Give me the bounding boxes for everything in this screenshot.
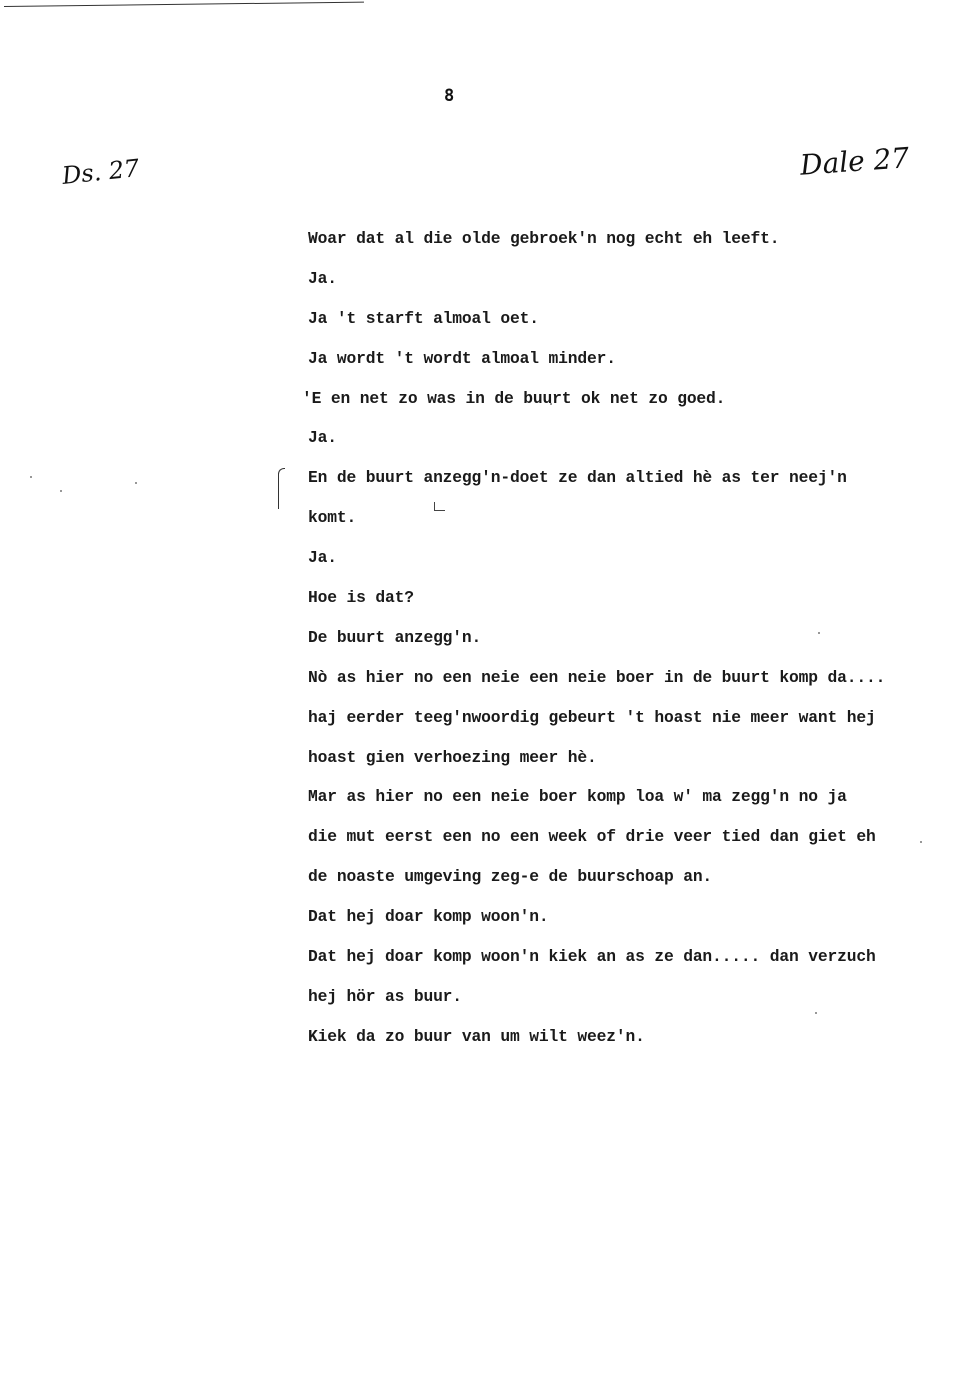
- transcript-line: Dat hej doar komp woon'n.: [308, 904, 928, 944]
- transcript-line: 'E en net zo was in de buurt ok net zo g…: [302, 386, 928, 426]
- transcript-line: Ja wordt 't wordt almoal minder.: [308, 346, 928, 386]
- transcript-line: haj eerder teeg'nwoordig gebeurt 't hoas…: [308, 705, 928, 745]
- transcript-line: Dat hej doar komp woon'n kiek an as ze d…: [308, 944, 928, 984]
- scan-speck: [920, 841, 922, 843]
- transcript-line: Woar dat al die olde gebroek'n nog echt …: [308, 226, 928, 266]
- handwritten-annotation-right: Dale 27: [799, 141, 910, 182]
- transcript-line: Nò as hier no een neie een neie boer in …: [308, 665, 928, 705]
- page-number: 8: [444, 86, 454, 106]
- scan-speck: [30, 476, 32, 478]
- transcript-line: De buurt anzegg'n.: [308, 625, 928, 665]
- scan-speck: [60, 490, 62, 492]
- transcript-line: Mar as hier no een neie boer komp loa w'…: [308, 784, 928, 824]
- top-rule: [4, 2, 364, 7]
- transcript-line: die mut eerst een no een week of drie ve…: [308, 824, 928, 864]
- transcript-line: En de buurt anzegg'n-doet ze dan altied …: [308, 465, 928, 505]
- transcript-line: Ja 't starft almoal oet.: [308, 306, 928, 346]
- transcript-text: Woar dat al die olde gebroek'n nog echt …: [308, 226, 928, 1064]
- scan-speck: [815, 1012, 817, 1014]
- transcript-line: Ja.: [308, 425, 928, 465]
- margin-bracket: [278, 468, 285, 509]
- transcript-line: komt.: [308, 505, 928, 545]
- scan-speck: [135, 482, 137, 484]
- handwritten-annotation-left: Ds. 27: [61, 154, 141, 190]
- transcript-line: Ja.: [308, 266, 928, 306]
- scan-speck: [818, 632, 820, 634]
- scan-speck: [550, 403, 552, 405]
- transcript-line: Kiek da zo buur van um wilt weez'n.: [308, 1024, 928, 1064]
- transcript-line: Ja.: [308, 545, 928, 585]
- transcript-line: Hoe is dat?: [308, 585, 928, 625]
- transcript-line: hej hör as buur.: [308, 984, 928, 1024]
- transcript-line: de noaste umgeving zeg-e de buurschoap a…: [308, 864, 928, 904]
- transcript-line: hoast gien verhoezing meer hè.: [308, 745, 928, 785]
